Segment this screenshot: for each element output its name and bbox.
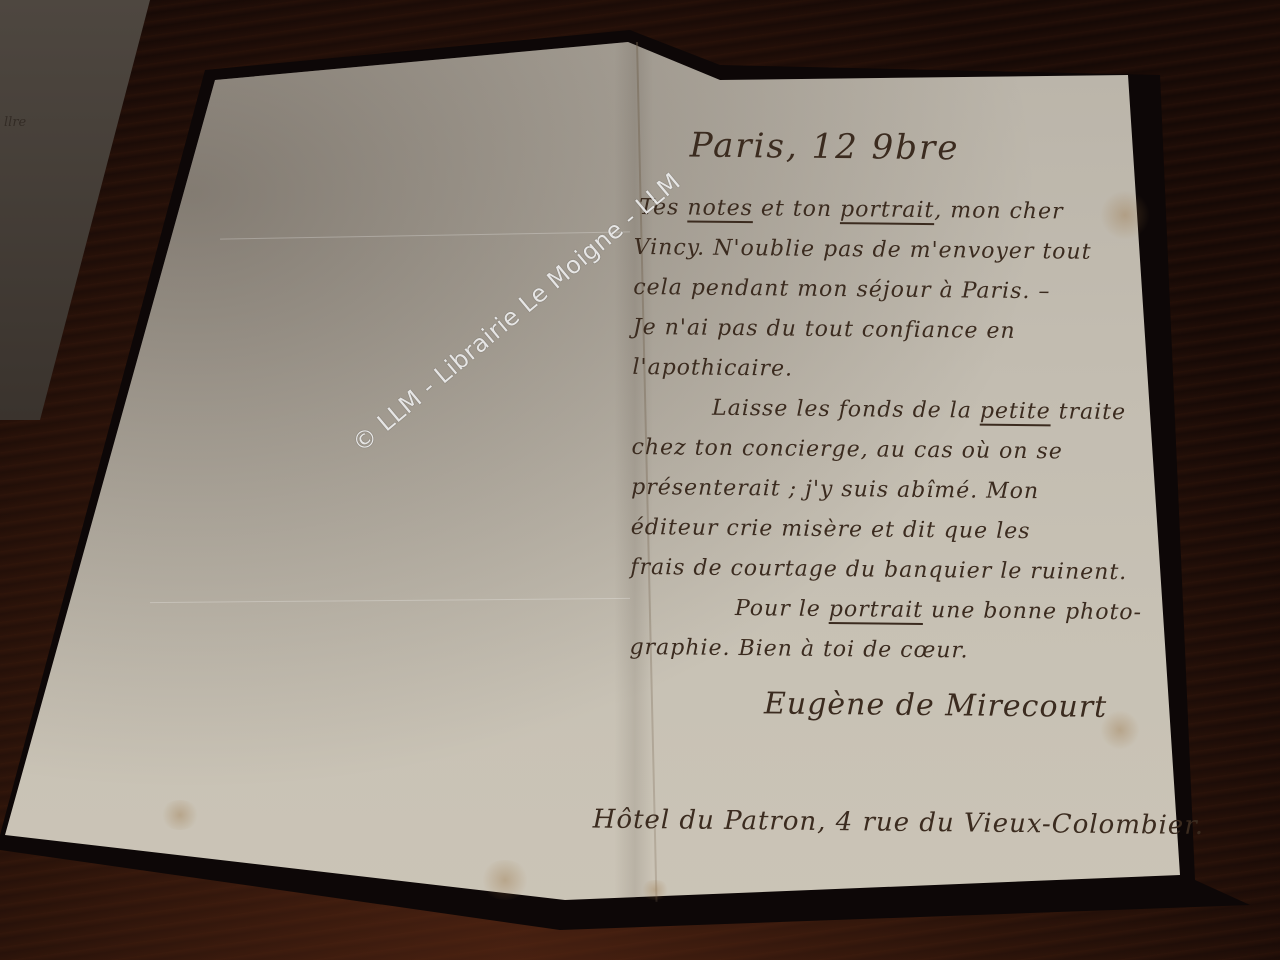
letter-line-2: Vincy. N'oublie pas de m'envoyer tout	[634, 235, 1092, 265]
signature: Eugène de Mirecourt	[764, 686, 1108, 725]
foxing-stain	[160, 800, 200, 830]
letter-line-7: chez ton concierge, au cas où on se	[631, 435, 1062, 465]
foxing-stain	[480, 860, 530, 900]
text-fragment: et ton	[753, 196, 840, 222]
letter-line-6: Laisse les fonds de la petite traite	[712, 396, 1126, 425]
letter-line-9: éditeur crie misère et dit que les	[631, 515, 1031, 544]
letter-line-1: Tes notes et ton portrait, mon cher	[639, 195, 1064, 224]
text-fragment: , mon cher	[934, 198, 1064, 224]
letter-line-8: présenterait ; j'y suis abîmé. Mon	[631, 475, 1039, 504]
letter-line-12: graphie. Bien à toi de cœur.	[629, 635, 968, 664]
underlined-word: portrait	[840, 197, 934, 223]
background-document-text: llre	[4, 115, 64, 130]
foxing-stain	[640, 880, 670, 900]
letter-date: Paris, 12 9bre	[690, 126, 960, 169]
letter-line-3: cela pendant mon séjour à Paris. –	[633, 275, 1050, 304]
underlined-word: portrait	[829, 597, 923, 623]
text-fragment: Laisse les fonds de la	[712, 396, 980, 424]
letter-line-5: l'apothicaire.	[632, 355, 793, 382]
letter-line-10: frais de courtage du banquier le ruinent…	[630, 555, 1127, 585]
text-fragment: traite	[1051, 399, 1127, 425]
letter-line-11: Pour le portrait une bonne photo-	[735, 596, 1142, 625]
underlined-word: notes	[687, 196, 753, 222]
foxing-stain	[1100, 190, 1150, 240]
sender-address: Hôtel du Patron, 4 rue du Vieux-Colombie…	[593, 805, 1205, 841]
underlined-word: petite	[980, 399, 1051, 425]
letter-line-4: Je n'ai pas du tout confiance en	[633, 315, 1016, 344]
text-fragment: Pour le	[735, 596, 829, 622]
text-fragment: une bonne photo-	[923, 598, 1142, 625]
